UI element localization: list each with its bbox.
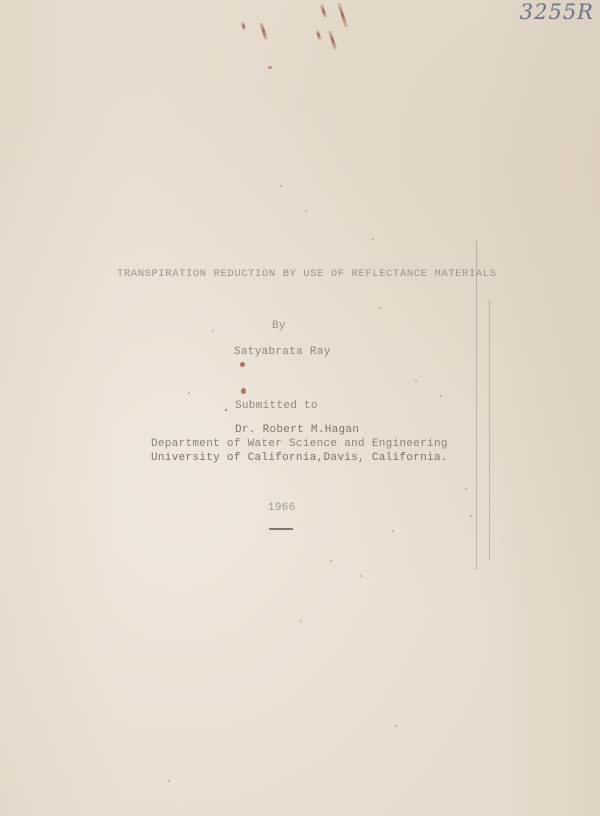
catalog-number: 3255R <box>520 0 594 24</box>
stain-mark <box>320 4 327 18</box>
speck <box>212 330 214 332</box>
advisor-name: Dr. Robert M.Hagan <box>235 424 359 436</box>
speck <box>372 238 374 240</box>
stain-mark <box>268 66 272 69</box>
speck <box>188 392 190 394</box>
stain-mark <box>328 30 337 50</box>
margin-line <box>476 240 477 570</box>
submitted-label: Submitted to <box>235 400 318 412</box>
stain-mark <box>241 22 246 31</box>
author-name: Satyabrata Ray <box>234 346 331 358</box>
stain-mark <box>225 409 227 411</box>
speck <box>280 185 282 187</box>
document-page: 3255R TRANSPIRATION REDUCTION BY USE OF … <box>0 0 600 816</box>
speck <box>168 780 170 782</box>
speck <box>379 307 381 309</box>
speck <box>465 488 467 490</box>
year: 1966 <box>268 502 296 514</box>
year-underline <box>269 528 293 530</box>
speck <box>395 725 397 727</box>
department-name: Department of Water Science and Engineer… <box>151 438 448 450</box>
speck <box>440 395 442 397</box>
stain-mark <box>241 388 246 394</box>
stain-mark <box>337 2 348 28</box>
speck <box>415 380 417 382</box>
stain-mark <box>240 362 245 367</box>
stain-mark <box>316 30 322 40</box>
speck <box>470 515 472 517</box>
stain-mark <box>259 22 267 40</box>
speck <box>300 620 302 622</box>
by-label: By <box>272 320 286 332</box>
margin-line <box>489 300 490 560</box>
speck <box>392 530 394 532</box>
document-title: TRANSPIRATION REDUCTION BY USE OF REFLEC… <box>117 268 497 280</box>
speck <box>330 560 332 562</box>
speck <box>305 210 307 212</box>
university-name: University of California,Davis, Californ… <box>151 452 448 464</box>
speck <box>360 575 362 577</box>
